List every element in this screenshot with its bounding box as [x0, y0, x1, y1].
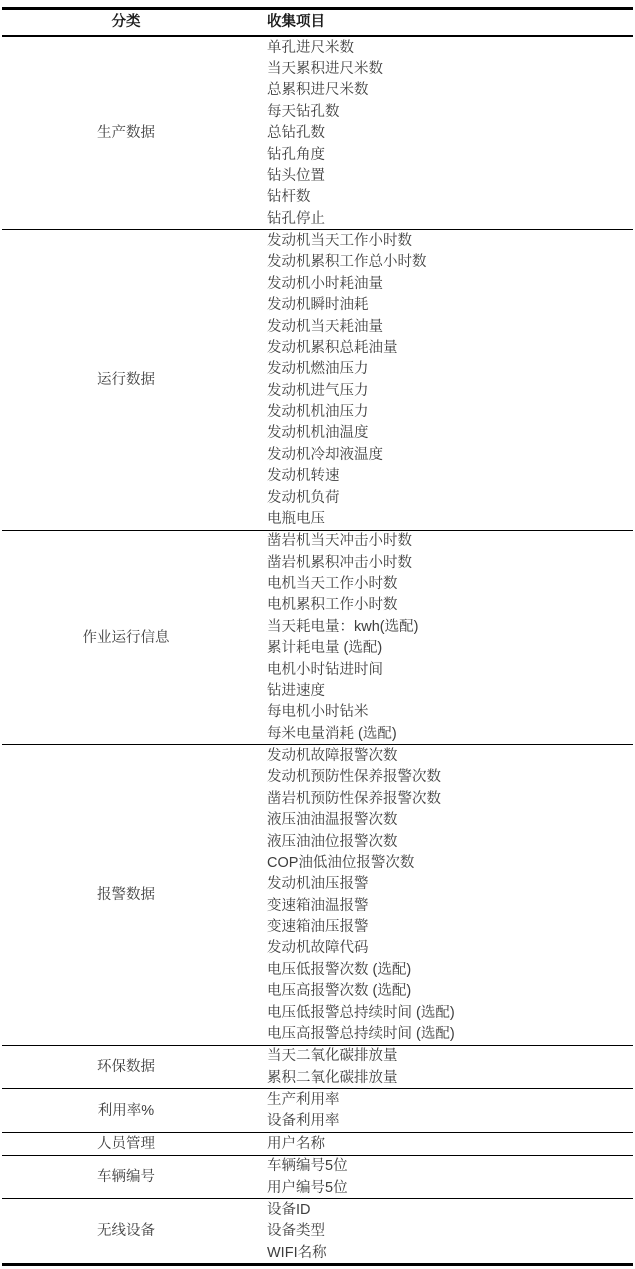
item-cell: 变速箱油压报警: [250, 916, 633, 937]
table-row: 环保数据当天二氧化碳排放量: [2, 1045, 633, 1067]
table-row: 车辆编号车辆编号5位: [2, 1155, 633, 1177]
table-row: 利用率%生产利用率: [2, 1089, 633, 1111]
item-cell: 设备ID: [250, 1199, 633, 1221]
item-cell: 用户编号5位: [250, 1177, 633, 1199]
table-row: 生产数据单孔进尺米数: [2, 36, 633, 58]
table-row: 报警数据发动机故障报警次数: [2, 745, 633, 767]
table-body: 生产数据单孔进尺米数当天累积进尺米数总累积进尺米数每天钻孔数总钻孔数钻孔角度钻头…: [2, 36, 633, 1265]
item-cell: 发动机油压报警: [250, 874, 633, 895]
category-cell: 生产数据: [2, 36, 250, 230]
table-row: 人员管理用户名称: [2, 1133, 633, 1155]
item-cell: 发动机累积工作总小时数: [250, 252, 633, 273]
item-cell: 每米电量消耗 (选配): [250, 723, 633, 745]
item-cell: 用户名称: [250, 1133, 633, 1155]
item-cell: 发动机故障代码: [250, 938, 633, 959]
category-cell: 报警数据: [2, 745, 250, 1045]
item-cell: 发动机当天工作小时数: [250, 230, 633, 252]
item-cell: 钻头位置: [250, 165, 633, 186]
item-cell: 凿岩机当天冲击小时数: [250, 530, 633, 552]
item-cell: 钻孔停止: [250, 208, 633, 230]
item-cell: 生产利用率: [250, 1089, 633, 1111]
item-cell: 变速箱油温报警: [250, 895, 633, 916]
category-cell: 人员管理: [2, 1133, 250, 1155]
page: 分类 收集项目 生产数据单孔进尺米数当天累积进尺米数总累积进尺米数每天钻孔数总钻…: [0, 0, 635, 1269]
item-cell: 发动机故障报警次数: [250, 745, 633, 767]
table-header: 分类 收集项目: [2, 9, 633, 37]
item-cell: 发动机瞬时油耗: [250, 295, 633, 316]
item-cell: 每天钻孔数: [250, 101, 633, 122]
item-cell: COP油低油位报警次数: [250, 852, 633, 873]
item-cell: 液压油油温报警次数: [250, 810, 633, 831]
item-cell: WIFI名称: [250, 1242, 633, 1265]
item-cell: 发动机机油温度: [250, 423, 633, 444]
category-cell: 车辆编号: [2, 1155, 250, 1199]
category-cell: 无线设备: [2, 1199, 250, 1265]
table-row: 作业运行信息凿岩机当天冲击小时数: [2, 530, 633, 552]
category-cell: 作业运行信息: [2, 530, 250, 745]
data-collection-table: 分类 收集项目 生产数据单孔进尺米数当天累积进尺米数总累积进尺米数每天钻孔数总钻…: [2, 7, 633, 1266]
item-cell: 凿岩机累积冲击小时数: [250, 552, 633, 573]
column-header-items: 收集项目: [250, 9, 633, 37]
item-cell: 发动机小时耗油量: [250, 273, 633, 294]
item-cell: 电压低报警次数 (选配): [250, 959, 633, 980]
item-cell: 当天二氧化碳排放量: [250, 1045, 633, 1067]
item-cell: 电压低报警总持续时间 (选配): [250, 1002, 633, 1023]
item-cell: 电压高报警总持续时间 (选配): [250, 1023, 633, 1045]
item-cell: 电压高报警次数 (选配): [250, 981, 633, 1002]
item-cell: 液压油油位报警次数: [250, 831, 633, 852]
item-cell: 当天累积进尺米数: [250, 58, 633, 79]
item-cell: 发动机预防性保养报警次数: [250, 767, 633, 788]
item-cell: 设备类型: [250, 1221, 633, 1242]
item-cell: 发动机负荷: [250, 487, 633, 508]
category-cell: 环保数据: [2, 1045, 250, 1089]
item-cell: 当天耗电量：kwh(选配): [250, 616, 633, 637]
item-cell: 总累积进尺米数: [250, 80, 633, 101]
item-cell: 设备利用率: [250, 1111, 633, 1133]
item-cell: 总钻孔数: [250, 123, 633, 144]
item-cell: 车辆编号5位: [250, 1155, 633, 1177]
item-cell: 发动机当天耗油量: [250, 316, 633, 337]
table-row: 无线设备设备ID: [2, 1199, 633, 1221]
item-cell: 发动机进气压力: [250, 380, 633, 401]
item-cell: 电机小时钻进时间: [250, 659, 633, 680]
item-cell: 单孔进尺米数: [250, 36, 633, 58]
item-cell: 凿岩机预防性保养报警次数: [250, 788, 633, 809]
item-cell: 发动机燃油压力: [250, 359, 633, 380]
item-cell: 钻进速度: [250, 680, 633, 701]
item-cell: 电机累积工作小时数: [250, 595, 633, 616]
table-row: 运行数据发动机当天工作小时数: [2, 230, 633, 252]
item-cell: 累积二氧化碳排放量: [250, 1067, 633, 1089]
header-row: 分类 收集项目: [2, 9, 633, 37]
column-header-category: 分类: [2, 9, 250, 37]
item-cell: 钻孔角度: [250, 144, 633, 165]
item-cell: 发动机转速: [250, 466, 633, 487]
item-cell: 累计耗电量 (选配): [250, 638, 633, 659]
item-cell: 钻杆数: [250, 187, 633, 208]
category-cell: 运行数据: [2, 230, 250, 530]
category-cell: 利用率%: [2, 1089, 250, 1133]
item-cell: 每电机小时钻米: [250, 702, 633, 723]
item-cell: 电瓶电压: [250, 508, 633, 530]
item-cell: 电机当天工作小时数: [250, 573, 633, 594]
item-cell: 发动机累积总耗油量: [250, 337, 633, 358]
item-cell: 发动机机油压力: [250, 401, 633, 422]
item-cell: 发动机冷却液温度: [250, 444, 633, 465]
